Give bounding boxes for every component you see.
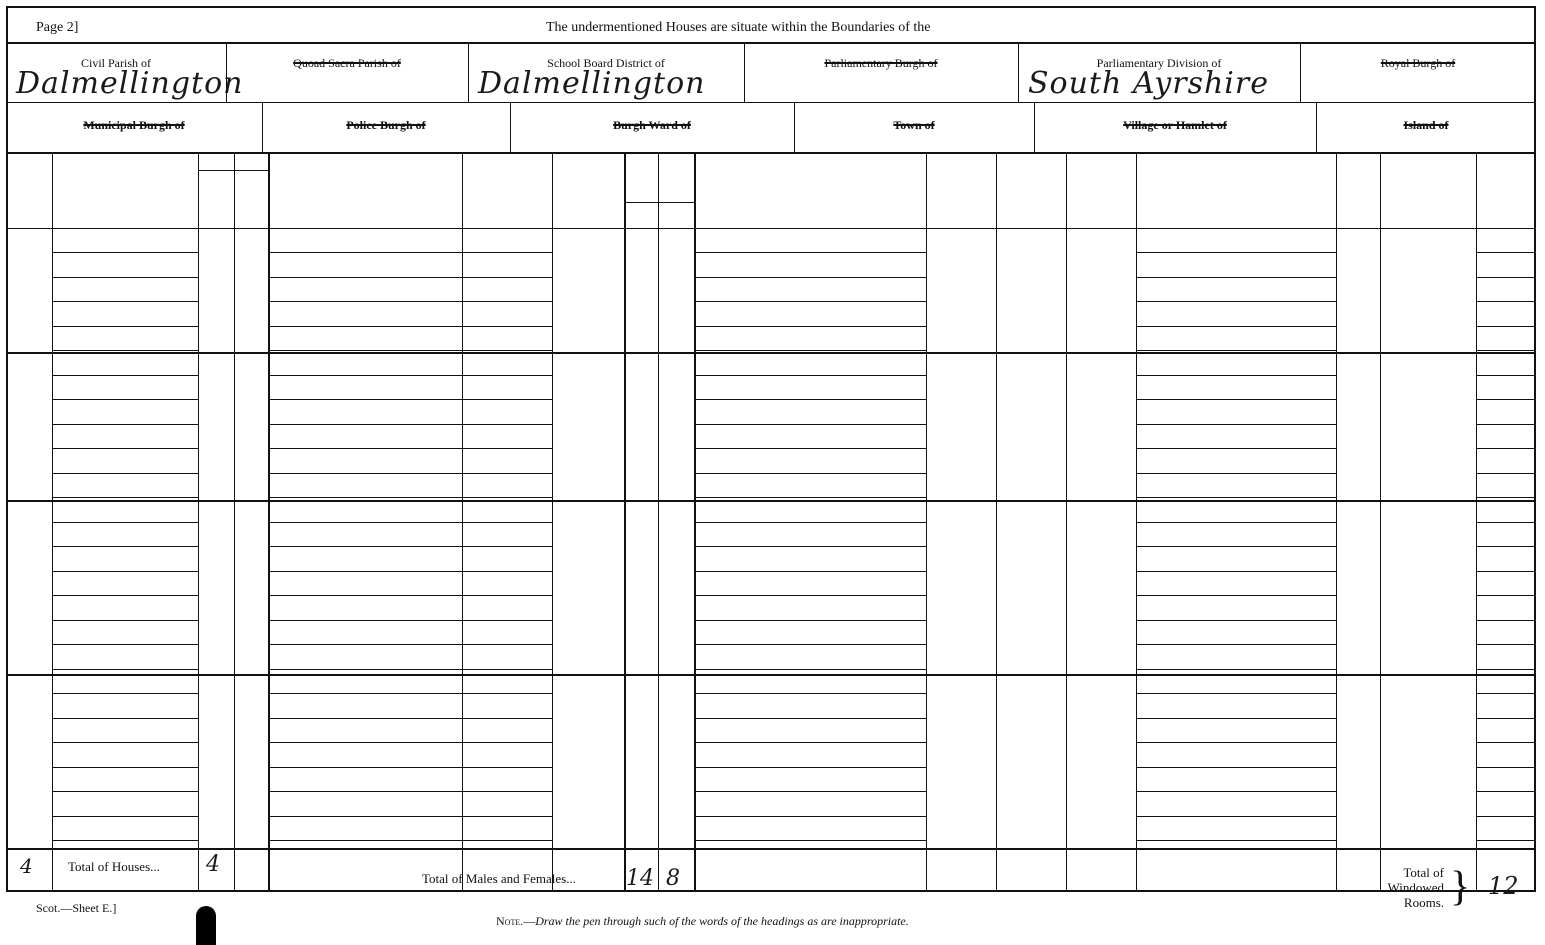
rule-line <box>52 620 198 621</box>
rule-line <box>1136 767 1336 768</box>
rule-line <box>52 424 198 425</box>
rule-line <box>1316 103 1317 152</box>
rule-line <box>694 326 926 327</box>
rule-line <box>694 424 926 425</box>
rule-line <box>694 399 926 400</box>
rule-line <box>1136 840 1336 841</box>
rule-line <box>268 791 462 792</box>
rule-line <box>6 674 1536 676</box>
rule-line <box>1136 301 1336 302</box>
rule-line <box>744 44 745 102</box>
rule-line <box>1136 522 1336 523</box>
rule-line <box>694 693 926 694</box>
rule-line <box>468 44 469 102</box>
rule-line <box>694 473 926 474</box>
rule-line <box>52 301 198 302</box>
rule-line <box>226 44 227 102</box>
rule-line <box>6 102 1536 103</box>
boundary-label: Burgh Ward of <box>510 118 794 133</box>
rule-line <box>268 742 462 743</box>
rule-line <box>268 350 462 351</box>
rule-line <box>1300 44 1301 102</box>
rule-line <box>462 522 552 523</box>
rule-line <box>268 595 462 596</box>
rule-line <box>462 840 552 841</box>
rule-line <box>462 571 552 572</box>
rule-line <box>462 473 552 474</box>
rule-line <box>52 350 198 351</box>
rule-line <box>52 326 198 327</box>
rule-line <box>1336 152 1337 892</box>
rule-line <box>268 840 462 841</box>
rule-line <box>52 816 198 817</box>
rule-line <box>462 497 552 498</box>
rule-line <box>1476 497 1536 498</box>
boundary-label: Village or Hamlet of <box>1034 118 1316 133</box>
rule-line <box>1136 473 1336 474</box>
boundary-label: Quoad Sacra Parish of <box>226 56 468 71</box>
rule-line <box>694 546 926 547</box>
note-text: Draw the pen through such of the words o… <box>535 914 909 928</box>
rule-line <box>462 669 552 670</box>
rule-line <box>1476 693 1536 694</box>
rule-line <box>1136 791 1336 792</box>
rule-line <box>1476 767 1536 768</box>
rule-line <box>268 473 462 474</box>
rule-line <box>268 571 462 572</box>
rule-line <box>1476 424 1536 425</box>
rule-line <box>694 375 926 376</box>
rule-line <box>1136 816 1336 817</box>
sheet-label: Scot.—Sheet E.] <box>36 901 116 916</box>
rule-line <box>52 399 198 400</box>
rule-line <box>1476 448 1536 449</box>
rule-line <box>510 103 511 152</box>
rule-line <box>462 399 552 400</box>
ink-blot <box>196 906 216 945</box>
rule-line <box>1476 840 1536 841</box>
total-houses-value: 4 <box>206 852 220 877</box>
total-rooms-label: Total of Windowed Rooms. <box>1380 866 1444 911</box>
rule-line <box>462 375 552 376</box>
rule-line <box>52 448 198 449</box>
rule-line <box>268 399 462 400</box>
rule-line <box>1136 742 1336 743</box>
census-sheet: Page 2] The undermentioned Houses are si… <box>6 6 1536 914</box>
rule-line <box>1136 595 1336 596</box>
rule-line <box>462 595 552 596</box>
rule-line <box>462 326 552 327</box>
total-rooms-value: 12 <box>1488 872 1519 900</box>
rule-line <box>1018 44 1019 102</box>
rule-line <box>52 522 198 523</box>
rule-line <box>268 448 462 449</box>
rule-line <box>268 620 462 621</box>
rule-line <box>52 718 198 719</box>
rule-line <box>694 840 926 841</box>
rule-line <box>1476 571 1536 572</box>
rule-line <box>694 620 926 621</box>
rule-line <box>624 152 626 892</box>
rule-line <box>694 767 926 768</box>
total-females-value: 8 <box>666 866 680 891</box>
rule-line <box>268 522 462 523</box>
rule-line <box>6 152 1536 154</box>
rule-line <box>6 6 1536 8</box>
rule-line <box>462 301 552 302</box>
rule-line <box>1136 546 1336 547</box>
rule-line <box>462 252 552 253</box>
boundary-label: Police Burgh of <box>262 118 510 133</box>
rule-line <box>268 375 462 376</box>
total-males-value: 14 <box>626 866 654 891</box>
boundary-value: Dalmellington <box>478 66 705 101</box>
rule-line <box>1136 693 1336 694</box>
boundary-label: Municipal Burgh of <box>6 118 262 133</box>
rule-line <box>52 497 198 498</box>
boundary-label: Royal Burgh of <box>1300 56 1536 71</box>
rule-line <box>52 767 198 768</box>
rule-line <box>6 42 1536 44</box>
rule-line <box>268 693 462 694</box>
rule-line <box>462 448 552 449</box>
rule-line <box>1476 620 1536 621</box>
rule-line <box>1476 375 1536 376</box>
rule-line <box>6 6 8 892</box>
rule-line <box>1380 152 1381 892</box>
rule-line <box>52 791 198 792</box>
rule-line <box>268 301 462 302</box>
rule-line <box>694 497 926 498</box>
rule-line <box>52 742 198 743</box>
rule-line <box>6 228 1536 229</box>
rule-line <box>268 816 462 817</box>
note-prefix: Note.— <box>496 914 535 928</box>
rule-line <box>794 103 795 152</box>
rule-line <box>1476 644 1536 645</box>
rule-line <box>1136 252 1336 253</box>
rule-line <box>926 152 927 892</box>
rule-line <box>462 620 552 621</box>
rule-line <box>1136 620 1336 621</box>
rule-line <box>1136 424 1336 425</box>
total-persons-label: Total of Males and Females... <box>422 871 576 887</box>
rule-line <box>462 424 552 425</box>
rule-line <box>1136 277 1336 278</box>
rule-line <box>52 840 198 841</box>
rule-line <box>624 202 694 203</box>
rule-line <box>658 152 659 892</box>
total-schedules: 4 <box>20 854 33 878</box>
rule-line <box>694 595 926 596</box>
header-title: The undermentioned Houses are situate wi… <box>546 20 931 36</box>
rule-line <box>52 693 198 694</box>
rule-line <box>1476 326 1536 327</box>
brace-glyph: } <box>1450 866 1470 908</box>
rule-line <box>694 816 926 817</box>
rule-line <box>1476 718 1536 719</box>
rule-line <box>1476 742 1536 743</box>
rule-line <box>268 326 462 327</box>
rule-line <box>1476 399 1536 400</box>
rule-line <box>1534 6 1536 892</box>
boundary-value: Dalmellington <box>16 66 243 101</box>
rule-line <box>1476 669 1536 670</box>
rule-line <box>462 644 552 645</box>
rule-line <box>1034 103 1035 152</box>
rule-line <box>694 522 926 523</box>
rule-line <box>1476 473 1536 474</box>
rule-line <box>1136 497 1336 498</box>
rule-line <box>52 473 198 474</box>
rule-line <box>268 718 462 719</box>
rule-line <box>1136 644 1336 645</box>
footnote: Note.—Draw the pen through such of the w… <box>496 914 909 929</box>
rule-line <box>52 277 198 278</box>
rule-line <box>1136 669 1336 670</box>
total-houses-label: Total of Houses... <box>68 859 160 875</box>
rule-line <box>1136 375 1336 376</box>
rule-line <box>694 669 926 670</box>
rule-line <box>52 571 198 572</box>
page-number: Page 2] <box>36 20 78 36</box>
rule-line <box>234 152 235 892</box>
rule-line <box>6 352 1536 354</box>
rule-line <box>462 767 552 768</box>
rule-line <box>262 103 263 152</box>
rule-line <box>1136 571 1336 572</box>
rule-line <box>52 375 198 376</box>
rule-line <box>1476 546 1536 547</box>
rule-line <box>52 546 198 547</box>
rule-line <box>6 890 1536 892</box>
rule-line <box>1476 791 1536 792</box>
boundary-label: Island of <box>1316 118 1536 133</box>
rule-line <box>1476 252 1536 253</box>
rule-line <box>1476 277 1536 278</box>
rule-line <box>462 742 552 743</box>
rule-line <box>694 791 926 792</box>
rule-line <box>1066 152 1067 892</box>
rule-line <box>694 277 926 278</box>
rule-line <box>198 152 199 892</box>
rule-line <box>462 546 552 547</box>
rule-line <box>268 497 462 498</box>
rule-line <box>462 718 552 719</box>
rule-line <box>462 693 552 694</box>
rule-line <box>694 301 926 302</box>
rule-line <box>6 848 1536 850</box>
rule-line <box>996 152 997 892</box>
rule-line <box>694 718 926 719</box>
rule-line <box>462 277 552 278</box>
rule-line <box>1476 595 1536 596</box>
rule-line <box>52 669 198 670</box>
rule-line <box>268 644 462 645</box>
boundary-label: Parliamentary Burgh of <box>744 56 1018 71</box>
rule-line <box>694 644 926 645</box>
rule-line <box>694 448 926 449</box>
rule-line <box>1476 301 1536 302</box>
rule-line <box>268 546 462 547</box>
rule-line <box>552 152 553 892</box>
boundary-value: South Ayrshire <box>1028 66 1269 101</box>
rule-line <box>694 571 926 572</box>
rule-line <box>694 350 926 351</box>
rule-line <box>462 816 552 817</box>
rule-line <box>268 277 462 278</box>
rule-line <box>1136 448 1336 449</box>
rule-line <box>268 424 462 425</box>
rule-line <box>1136 350 1336 351</box>
rule-line <box>6 500 1536 502</box>
boundary-label: Town of <box>794 118 1034 133</box>
rule-line <box>52 644 198 645</box>
rule-line <box>1136 399 1336 400</box>
rule-line <box>462 350 552 351</box>
rule-line <box>694 742 926 743</box>
rule-line <box>462 791 552 792</box>
rule-line <box>1136 326 1336 327</box>
rule-line <box>198 170 268 171</box>
rule-line <box>1476 816 1536 817</box>
rule-line <box>694 252 926 253</box>
rule-line <box>1136 718 1336 719</box>
rule-line <box>268 669 462 670</box>
rule-line <box>1476 522 1536 523</box>
rule-line <box>268 767 462 768</box>
rule-line <box>1476 350 1536 351</box>
rule-line <box>52 595 198 596</box>
rule-line <box>52 252 198 253</box>
rule-line <box>268 252 462 253</box>
